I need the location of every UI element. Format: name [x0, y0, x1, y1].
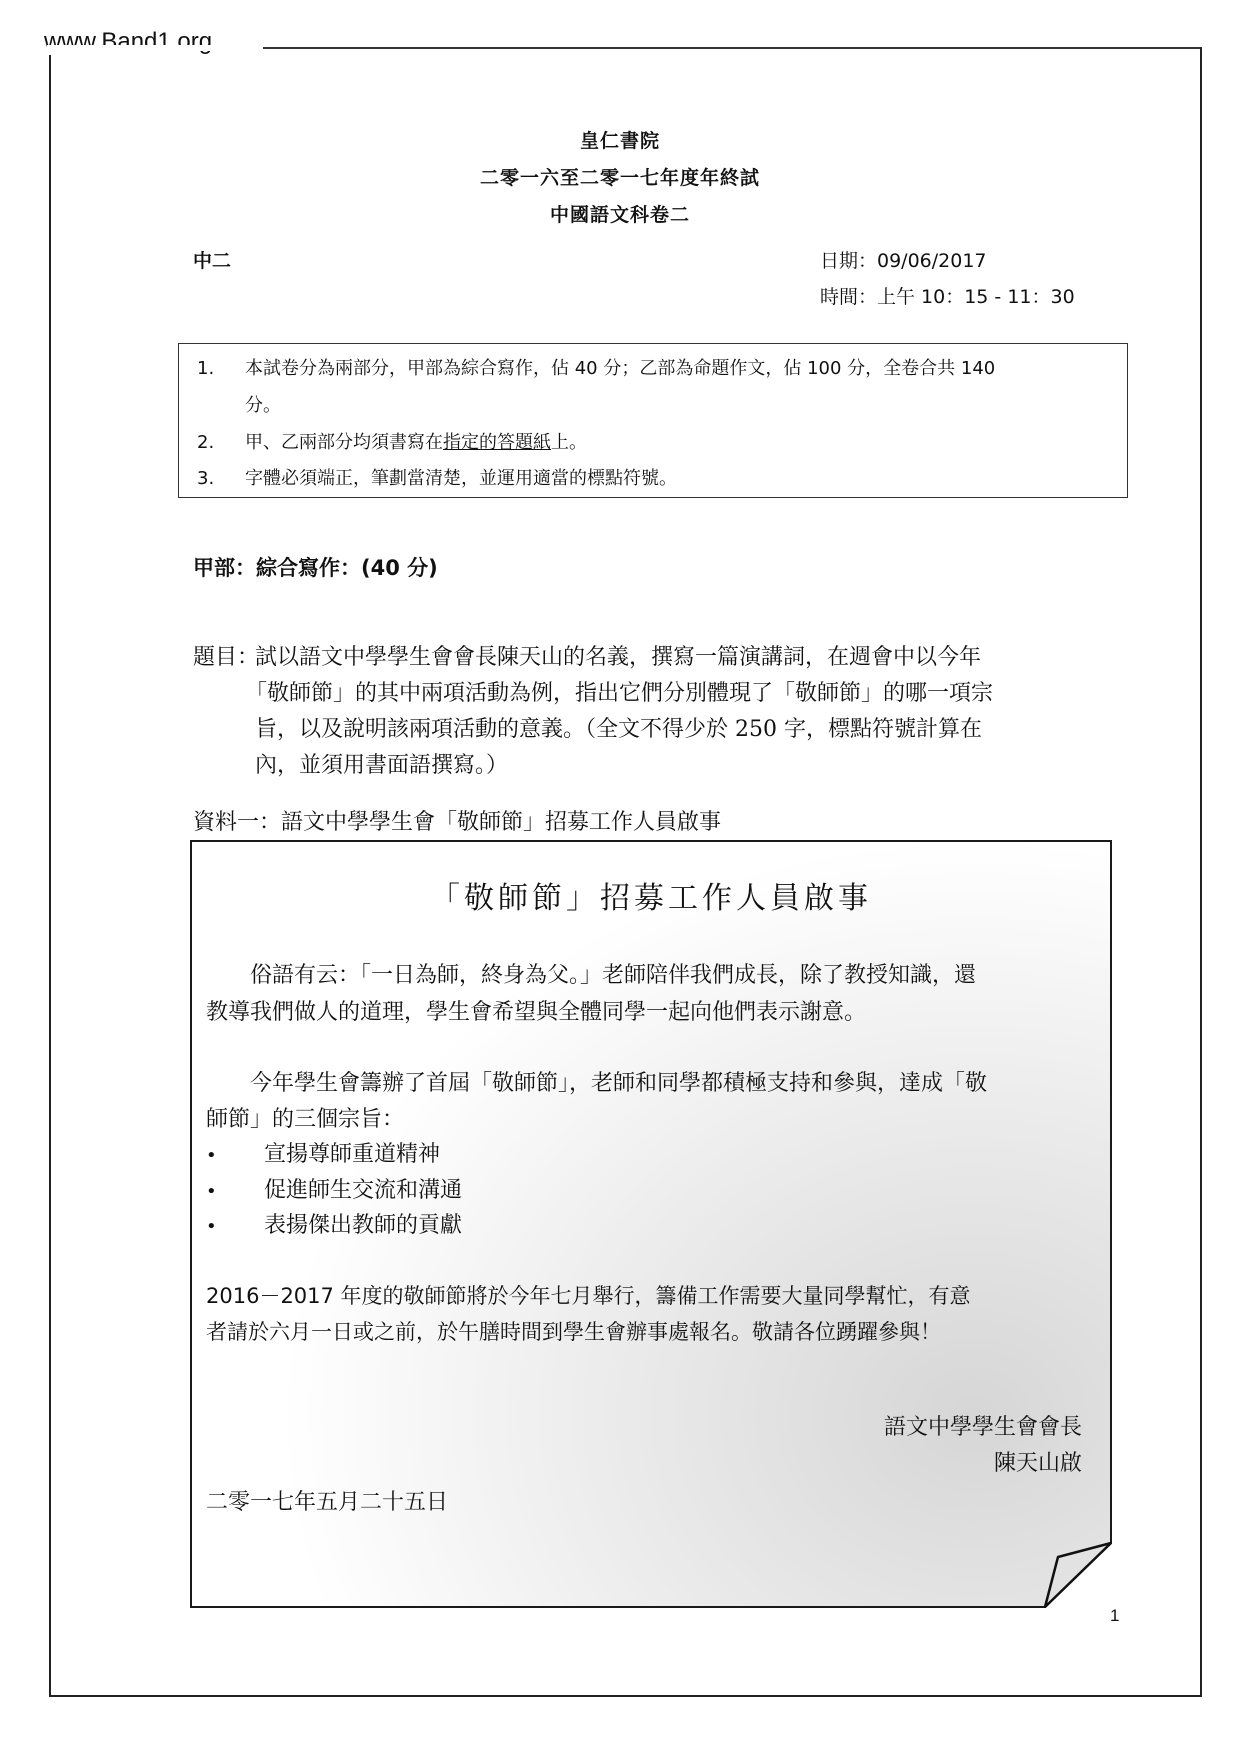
- paper-title: 中國語文科卷二: [0, 200, 1240, 227]
- instruction-1-continuation: 分。: [245, 391, 281, 417]
- form-level: 中二: [193, 246, 231, 273]
- instruction-3: 3.字體必須端正，筆劃當清楚，並運用適當的標點符號。: [197, 464, 677, 490]
- notice-paragraph-1-line: 俗語有云：「一日為師，終身為父。」老師陪伴我們成長，除了教授知識，還: [206, 958, 976, 989]
- aim-item: •促進師生交流和溝通: [206, 1173, 462, 1204]
- bullet-icon: •: [206, 1216, 264, 1237]
- question-line: 「敬師節」的其中兩項活動為例，指出它們分別體現了「敬師節」的哪一項宗: [245, 676, 993, 712]
- school-name: 皇仁書院: [0, 126, 1240, 153]
- frame-gap: [47, 45, 263, 51]
- bullet-icon: •: [206, 1181, 264, 1202]
- notice-title: 「敬師節」招募工作人員啟事: [190, 873, 1112, 917]
- signature-organization: 語文中學學生會會長: [884, 1410, 1082, 1441]
- instruction-1: 1.本試卷分為兩部分，甲部為綜合寫作，佔 40 分；乙部為命題作文，佔 100 …: [197, 354, 995, 380]
- page-frame-left-rule: [49, 55, 51, 1697]
- instruction-2: 2.甲、乙兩部分均須書寫在指定的答題紙上。: [197, 428, 587, 454]
- signature-name: 陳天山啟: [994, 1446, 1082, 1477]
- notice-card: 「敬師節」招募工作人員啟事 俗語有云：「一日為師，終身為父。」老師陪伴我們成長，…: [190, 840, 1112, 1608]
- notice-paragraph-3-line: 者請於六月一日或之前，於午膳時間到學生會辦事處報名。敬請各位踴躍參與！: [206, 1316, 941, 1346]
- instructions-box: 1.本試卷分為兩部分，甲部為綜合寫作，佔 40 分；乙部為命題作文，佔 100 …: [178, 343, 1128, 498]
- notice-paragraph-3-line: 2016－2017 年度的敬師節將於今年七月舉行，籌備工作需要大量同學幫忙，有意: [206, 1280, 971, 1310]
- bullet-icon: •: [206, 1145, 264, 1166]
- question-line: 旨，以及說明該兩項活動的意義。（全文不得少於 250 字，標點符號計算在: [255, 712, 982, 748]
- source-label: 資料一：語文中學學生會「敬師節」招募工作人員啟事: [193, 805, 721, 836]
- notice-paragraph-2-line: 今年學生會籌辦了首屆「敬師節」，老師和同學都積極支持和參與，達成「敬: [206, 1066, 987, 1097]
- exam-date: 日期：09/06/2017: [820, 246, 987, 273]
- notice-date: 二零一七年五月二十五日: [206, 1485, 448, 1516]
- question-line: 內，並須用書面語撰寫。）: [255, 748, 508, 784]
- question-line: 試以語文中學學生會會長陳天山的名義，撰寫一篇演講詞，在週會中以今年: [255, 640, 981, 676]
- page-number: 1: [1110, 1606, 1119, 1626]
- exam-title: 二零一六至二零一七年度年終試: [0, 163, 1240, 190]
- notice-paragraph-1-line: 教導我們做人的道理，學生會希望與全體同學一起向他們表示謝意。: [206, 995, 866, 1026]
- aim-item: •宣揚尊師重道精神: [206, 1137, 440, 1168]
- notice-paragraph-2-line: 師節」的三個宗旨：: [206, 1102, 404, 1133]
- aim-item: •表揚傑出教師的貢獻: [206, 1208, 462, 1239]
- section-a-title: 甲部：綜合寫作：(40 分): [193, 552, 438, 582]
- exam-time: 時間：上午 10：15 - 11：30: [820, 282, 1075, 309]
- question-label: 題目：: [193, 640, 259, 676]
- underlined-answer-sheet: 指定的答題紙: [443, 432, 551, 453]
